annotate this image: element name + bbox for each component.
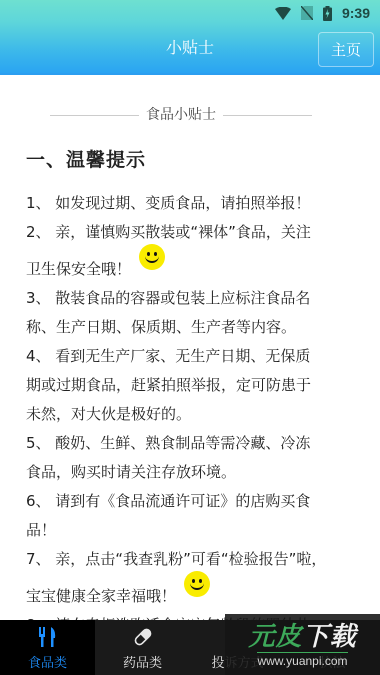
tips-content[interactable]: 食品小贴士 一、温馨提示 1、 如发现过期、变质食品，请拍照举报！ 2、 亲，谨… xyxy=(0,75,380,620)
tip-line: 6、 请到有《食品流通许可证》的店购买食 xyxy=(26,487,356,516)
section-heading: 一、温馨提示 xyxy=(26,145,146,172)
tab-food[interactable]: 食品类 xyxy=(0,620,95,675)
tip-text: 3、 散装食品的容器或包装上应标注食品名 xyxy=(26,289,310,307)
smiley-icon xyxy=(139,244,165,270)
tip-text: 5、 酸奶、生鲜、熟食制品等需冷藏、冷冻 xyxy=(26,434,310,452)
divider-line-right xyxy=(223,115,312,116)
battery-charging-icon xyxy=(323,6,332,21)
tip-line: 4、 看到无生产厂家、无生产日期、无保质 xyxy=(26,342,356,371)
tip-line: 未然，对大伙是极好的。 xyxy=(26,400,356,429)
divider-line-left xyxy=(50,115,139,116)
tip-line: 期或过期食品，赶紧拍照举报，定可防患于 xyxy=(26,371,356,400)
tips-list: 1、 如发现过期、变质食品，请拍照举报！ 2、 亲，谨慎购买散装或“裸体”食品，… xyxy=(26,189,356,620)
smiley-icon xyxy=(184,571,210,597)
tip-text: 1、 如发现过期、变质食品，请拍照举报！ xyxy=(26,194,310,212)
tab-label: 药品类 xyxy=(123,652,162,671)
watermark-overlay: 元皮下载 www.yuanpi.com xyxy=(225,614,380,675)
tip-text: 6、 请到有《食品流通许可证》的店购买食 xyxy=(26,492,310,510)
tip-text: 食品，购买时请关注存放环境。 xyxy=(26,463,236,481)
tip-text: 称、生产日期、保质期、生产者等内容。 xyxy=(26,318,296,336)
tip-line: 3、 散装食品的容器或包装上应标注食品名 xyxy=(26,284,356,313)
tip-line: 宝宝健康全家幸福哦！ xyxy=(26,574,356,611)
tab-label: 食品类 xyxy=(28,652,67,671)
watermark-url: www.yuanpi.com xyxy=(257,652,347,668)
no-sim-icon xyxy=(301,6,313,20)
watermark-logo-green: 元皮 xyxy=(248,622,302,652)
watermark-logo-white: 下载 xyxy=(303,622,357,652)
tip-line: 食品，购买时请关注存放环境。 xyxy=(26,458,356,487)
section-title: 食品小贴士 xyxy=(139,105,223,125)
tip-line: 7、 亲，点击“我查乳粉”可看“检验报告”啦， xyxy=(26,545,356,574)
tip-line: 5、 酸奶、生鲜、熟食制品等需冷藏、冷冻 xyxy=(26,429,356,458)
tip-text: 宝宝健康全家幸福哦！ xyxy=(26,587,176,605)
watermark-logo: 元皮下载 xyxy=(248,622,356,652)
tip-text: 4、 看到无生产厂家、无生产日期、无保质 xyxy=(26,347,310,365)
tip-line: 称、生产日期、保质期、生产者等内容。 xyxy=(26,313,356,342)
wifi-icon xyxy=(275,7,291,20)
tip-text: 7、 亲，点击“我查乳粉”可看“检验报告”啦， xyxy=(26,550,326,568)
tip-text: 未然，对大伙是极好的。 xyxy=(26,405,191,423)
tip-line: 品！ xyxy=(26,516,356,545)
section-title-divider: 食品小贴士 xyxy=(50,103,312,127)
status-time: 9:39 xyxy=(342,5,370,21)
tip-text: 期或过期食品，赶紧拍照举报，定可防患于 xyxy=(26,376,311,394)
tip-text: 2、 亲，谨慎购买散装或“裸体”食品，关注 xyxy=(26,223,311,241)
tip-text: 卫生保安全哦！ xyxy=(26,260,131,278)
home-button[interactable]: 主页 xyxy=(318,32,374,67)
pill-icon xyxy=(132,625,154,649)
fork-knife-icon xyxy=(38,625,58,649)
app-header: 9:39 小贴士 主页 xyxy=(0,0,380,73)
status-bar: 9:39 xyxy=(0,0,380,26)
tab-medicine[interactable]: 药品类 xyxy=(95,620,190,675)
tip-text: 品！ xyxy=(26,521,56,539)
tip-line: 卫生保安全哦！ xyxy=(26,247,356,284)
tip-line: 2、 亲，谨慎购买散装或“裸体”食品，关注 xyxy=(26,218,356,247)
tip-line: 1、 如发现过期、变质食品，请拍照举报！ xyxy=(26,189,356,218)
